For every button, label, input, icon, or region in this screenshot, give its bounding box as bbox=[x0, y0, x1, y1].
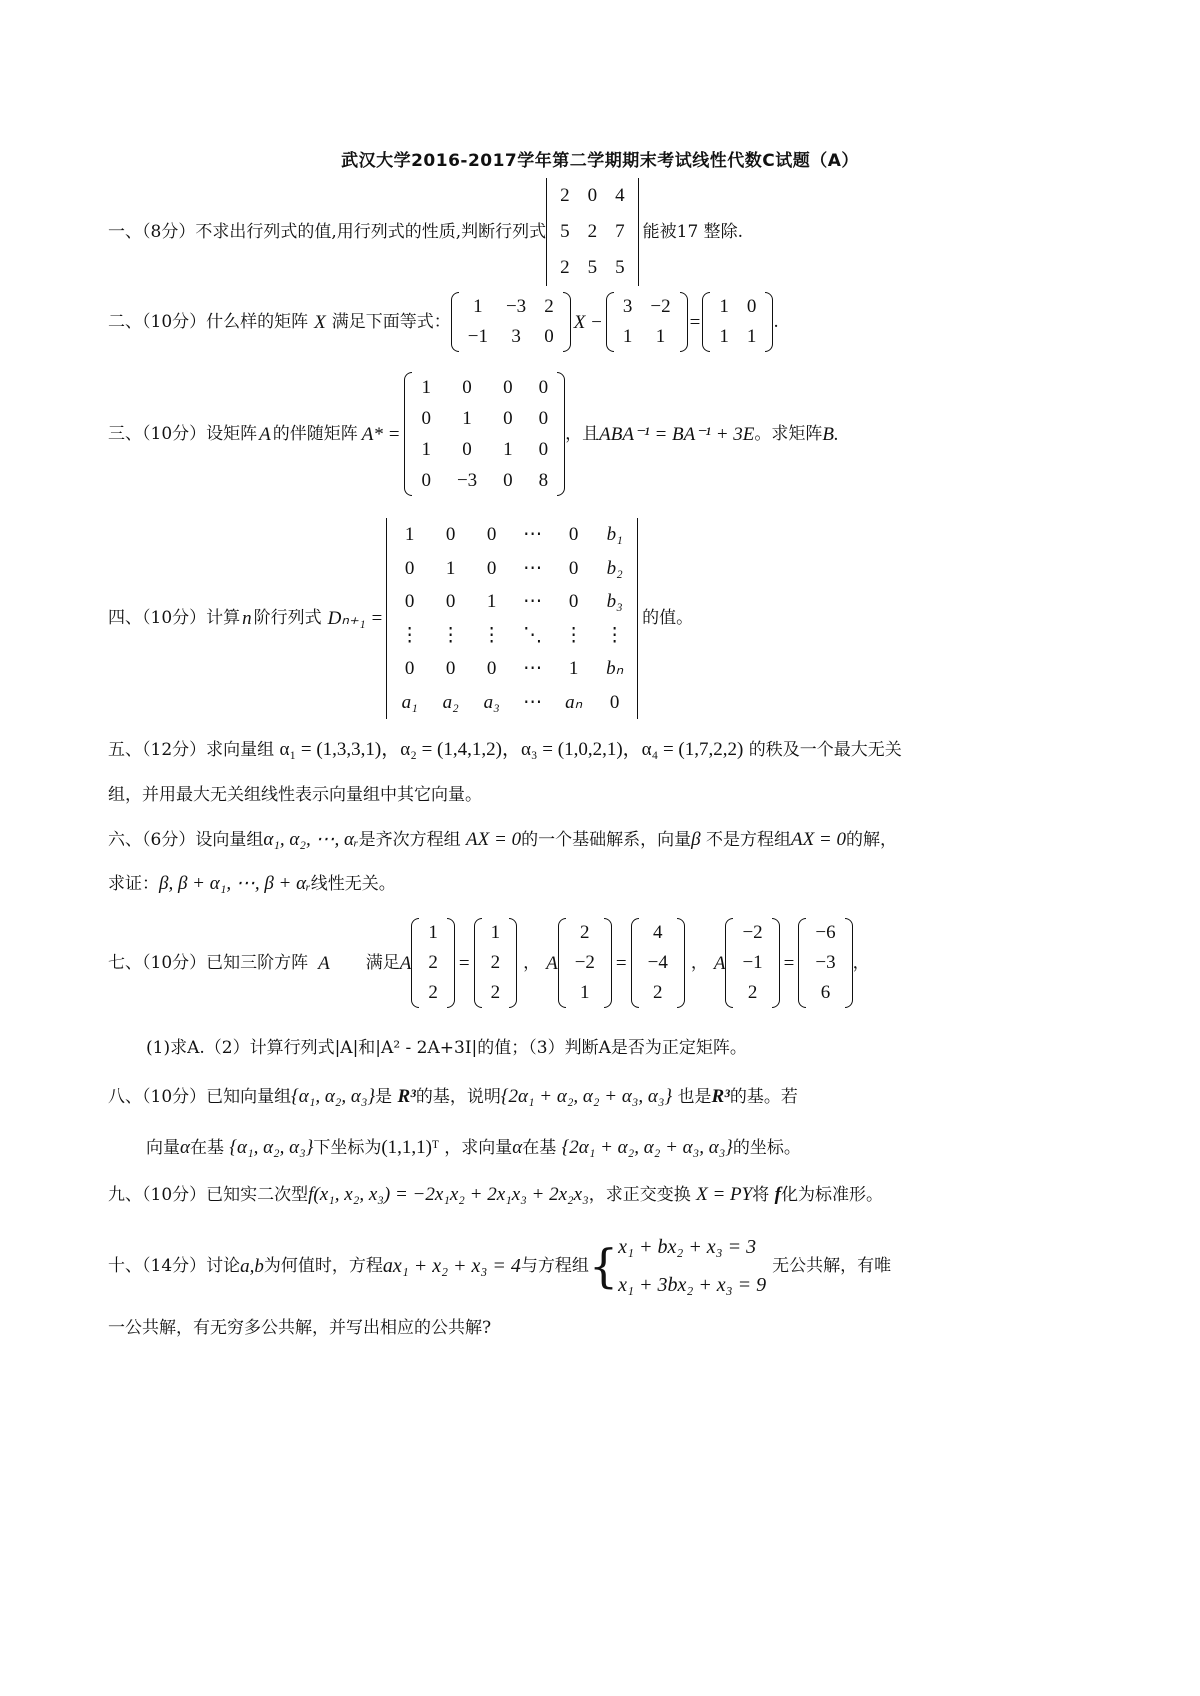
q2-eq: = bbox=[690, 313, 701, 332]
q1-determinant: 204 527 255 bbox=[546, 178, 639, 286]
question-8-line-2: 向量α在基 {α₁, α₂, α₃}下坐标为(1,1,1)ᵀ ，求向量α在基 {… bbox=[146, 1138, 801, 1157]
q7-vector-rhs-1: 122 bbox=[474, 918, 518, 1008]
question-10-line-2: 一公共解，有无穷多公共解，并写出相应的公共解? bbox=[108, 1320, 491, 1337]
q3-prefix: 三、（10分）设矩阵 bbox=[108, 426, 257, 443]
question-7: 七、（10分）已知三阶方阵 A 满足 A 122 = 122 ， A 2−21 … bbox=[108, 918, 870, 1008]
q1-suffix: 能被17 整除. bbox=[643, 224, 743, 241]
question-7-subparts: (1)求A.（2）计算行列式|A|和|A² - 2A+3I|的值；（3）判断A是… bbox=[146, 1040, 747, 1057]
q2-op: X − bbox=[574, 313, 603, 332]
question-9: 九、（10分）已知实二次型f(x₁, x₂, x₃) = −2x₁x₂ + 2x… bbox=[108, 1185, 883, 1204]
q2-var: X bbox=[314, 313, 326, 332]
question-3: 三、（10分）设矩阵 A 的伴随矩阵 A* = 1000 0100 1010 0… bbox=[108, 372, 839, 496]
question-5: 五、（12分）求向量组 α₁ = (1,3,3,1)，α₂ = (1,4,1,2… bbox=[108, 740, 902, 759]
q7-vector-lhs-2: 2−21 bbox=[558, 918, 612, 1008]
left-brace-icon: { bbox=[589, 1243, 618, 1289]
q7-vector-lhs-1: 122 bbox=[411, 918, 455, 1008]
question-1: 一、（8分）不求出行列式的值,用行列式的性质,判断行列式 204 527 255… bbox=[108, 178, 743, 286]
q7-vector-rhs-3: −6−36 bbox=[798, 918, 852, 1008]
question-6-line-2: 求证：β, β + α₁, ⋯, β + αᵣ线性无关。 bbox=[108, 874, 396, 893]
question-8: 八、（10分）已知向量组{α₁, α₂, α₃}是 R³的基，说明{2α₁ + … bbox=[108, 1087, 798, 1106]
question-10: 十、（14分）讨论a,b为何值时，方程 ax₁ + x₂ + x₃ = 4与方程… bbox=[108, 1228, 891, 1304]
question-2: 二、（10分）什么样的矩阵 X 满足下面等式： 1−32 −130 X − 3−… bbox=[108, 292, 779, 352]
q3-condition: ABA⁻¹ = BA⁻¹ + 3E bbox=[599, 425, 754, 444]
q4-determinant: 100⋯0b₁ 010⋯0b₂ 001⋯0b₃ ⋮⋮⋮⋱⋮⋮ 000⋯1bₙ a… bbox=[386, 518, 638, 719]
q2-matrix-2: 3−2 11 bbox=[606, 292, 688, 352]
q2-mid: 满足下面等式： bbox=[332, 314, 451, 331]
question-6: 六、（6分）设向量组α₁, α₂, ⋯, αᵣ是齐次方程组 AX = 0的一个基… bbox=[108, 830, 897, 849]
q2-matrix-3: 10 11 bbox=[702, 292, 773, 352]
q2-prefix: 二、（10分）什么样的矩阵 bbox=[108, 314, 308, 331]
question-4: 四、（10分）计算 n 阶行列式 Dₙ₊₁ = 100⋯0b₁ 010⋯0b₂ … bbox=[108, 518, 693, 719]
question-5-line-2: 组，并用最大无关组线性表示向量组中其它向量。 bbox=[108, 787, 482, 804]
q7-vector-lhs-3: −2−12 bbox=[725, 918, 779, 1008]
q7-vector-rhs-2: 4−42 bbox=[631, 918, 685, 1008]
exam-title: 武汉大学2016-2017学年第二学期期末考试线性代数C试题（A） bbox=[0, 146, 1200, 171]
q5-vectors: α₁ = (1,3,3,1)，α₂ = (1,4,1,2)，α₃ = (1,0,… bbox=[280, 739, 744, 760]
q3-adjugate-label: A* = bbox=[362, 425, 401, 444]
q10-system: x₁ + bx₂ + x₃ = 3x₁ + 3bx₂ + x₃ = 9 bbox=[618, 1228, 766, 1304]
q1-prefix: 一、（8分）不求出行列式的值,用行列式的性质,判断行列式 bbox=[108, 224, 546, 241]
q3-matrix: 1000 0100 1010 0−308 bbox=[404, 372, 565, 496]
q2-matrix-1: 1−32 −130 bbox=[451, 292, 571, 352]
q4-d-label: Dₙ₊₁ = bbox=[328, 609, 384, 628]
